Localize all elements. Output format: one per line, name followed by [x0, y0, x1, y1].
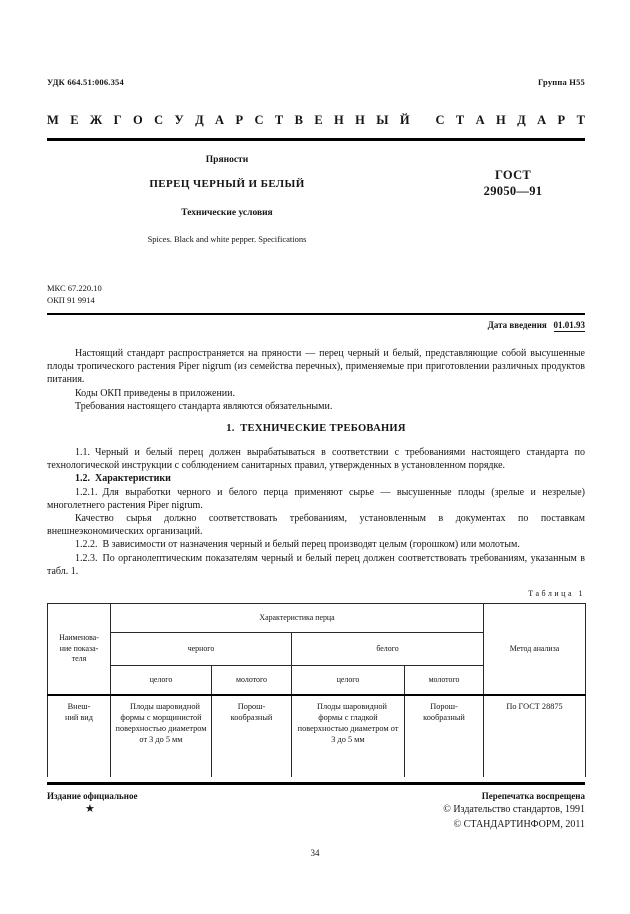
section-subheading: 1.2. Характеристики: [47, 472, 585, 485]
effective-date-label: Дата введения: [488, 320, 547, 330]
copyright-block: © Издательство стандартов, 1991 © СТАНДА…: [443, 803, 585, 832]
cell-black-ground: Порош- кообразный: [212, 695, 292, 777]
section-paragraph: Качество сырья должно соответствовать тр…: [47, 512, 585, 538]
effective-date-line: Дата введения 01.01.93: [47, 320, 585, 330]
table-header-row: Наименова- ние показа- теля Характеристи…: [48, 604, 586, 633]
codes-divider: [47, 313, 585, 315]
title-left-column: Пряности ПЕРЕЦ ЧЕРНЫЙ И БЕЛЫЙ Технически…: [47, 141, 407, 244]
header-indicator-name: Наименова- ние показа- теля: [48, 604, 111, 696]
intro-paragraph: Требования настоящего стандарта являются…: [47, 400, 585, 413]
doc-subtitle: Технические условия: [47, 208, 407, 218]
official-edition-label: Издание официальное: [47, 791, 137, 801]
intro-paragraph: Коды ОКП приведены в приложении.: [47, 387, 585, 400]
section-heading: 1. ТЕХНИЧЕСКИЕ ТРЕБОВАНИЯ: [47, 423, 585, 434]
doc-title: ПЕРЕЦ ЧЕРНЫЙ И БЕЛЫЙ: [47, 178, 407, 190]
doc-category: Пряности: [47, 155, 407, 165]
group-code: Группа Н55: [538, 77, 585, 87]
footer-divider: [47, 782, 585, 785]
gost-designation: ГОСТ 29050—91: [443, 167, 583, 199]
spec-table: Наименова- ние показа- теля Характеристи…: [47, 603, 586, 777]
star-icon: ★: [85, 803, 95, 815]
classification-codes: МКС 67.220.10 ОКП 91 9914: [47, 282, 585, 306]
standard-kind-banner: МЕЖГОСУДАРСТВЕННЫЙ СТАНДАРТ: [47, 113, 585, 128]
reprint-notice: Перепечатка воспрещена: [482, 791, 585, 801]
section-paragraph: 1.2.2. В зависимости от назначения черны…: [47, 538, 585, 551]
table-row: Внеш- ний вид Плоды шаровидной формы с м…: [48, 695, 586, 777]
document-header: УДК 664.51:006.354 Группа Н55: [47, 77, 585, 87]
effective-date-value: 01.01.93: [554, 320, 586, 332]
doc-title-english: Spices. Black and white pepper. Specific…: [47, 234, 407, 244]
intro-section: Настоящий стандарт распространяется на п…: [47, 347, 585, 413]
header-ground: молотого: [212, 666, 292, 696]
section-paragraph: 1.1. Черный и белый перец должен вырабат…: [47, 446, 585, 472]
title-block: Пряности ПЕРЕЦ ЧЕРНЫЙ И БЕЛЫЙ Технически…: [47, 141, 585, 266]
intro-paragraph: Настоящий стандарт распространяется на п…: [47, 347, 585, 387]
header-white-pepper: белого: [292, 633, 484, 666]
header-pepper-characteristic: Характеристика перца: [111, 604, 484, 633]
cell-analysis-method: По ГОСТ 28875: [484, 695, 586, 777]
gost-label: ГОСТ: [443, 167, 583, 183]
header-analysis-method: Метод анализа: [484, 604, 586, 696]
header-black-pepper: черного: [111, 633, 292, 666]
footer-subrow: ★ © Издательство стандартов, 1991 © СТАН…: [47, 803, 585, 832]
section-paragraph: 1.2.3. По органолептическим показателям …: [47, 552, 585, 578]
footer-notices: Издание официальное Перепечатка воспреще…: [47, 791, 585, 801]
header-whole: целого: [292, 666, 405, 696]
header-ground: молотого: [405, 666, 484, 696]
cell-white-whole: Плоды шаровидной формы с гладкой поверхн…: [292, 695, 405, 777]
table-caption: Таблица 1: [47, 589, 585, 598]
section-body: 1.1. Черный и белый перец должен вырабат…: [47, 446, 585, 578]
cell-indicator-name: Внеш- ний вид: [48, 695, 111, 777]
header-whole: целого: [111, 666, 212, 696]
section-paragraph: 1.2.1. Для выработки черного и белого пе…: [47, 486, 585, 512]
cell-white-ground: Порош- кообразный: [405, 695, 484, 777]
document-page: УДК 664.51:006.354 Группа Н55 МЕЖГОСУДАР…: [0, 0, 630, 914]
page-content: УДК 664.51:006.354 Группа Н55 МЕЖГОСУДАР…: [47, 0, 585, 832]
cell-black-whole: Плоды шаровидной формы с морщинистой пов…: [111, 695, 212, 777]
gost-number: 29050—91: [443, 183, 583, 199]
udk-code: УДК 664.51:006.354: [47, 77, 124, 87]
page-number: 34: [0, 848, 630, 858]
